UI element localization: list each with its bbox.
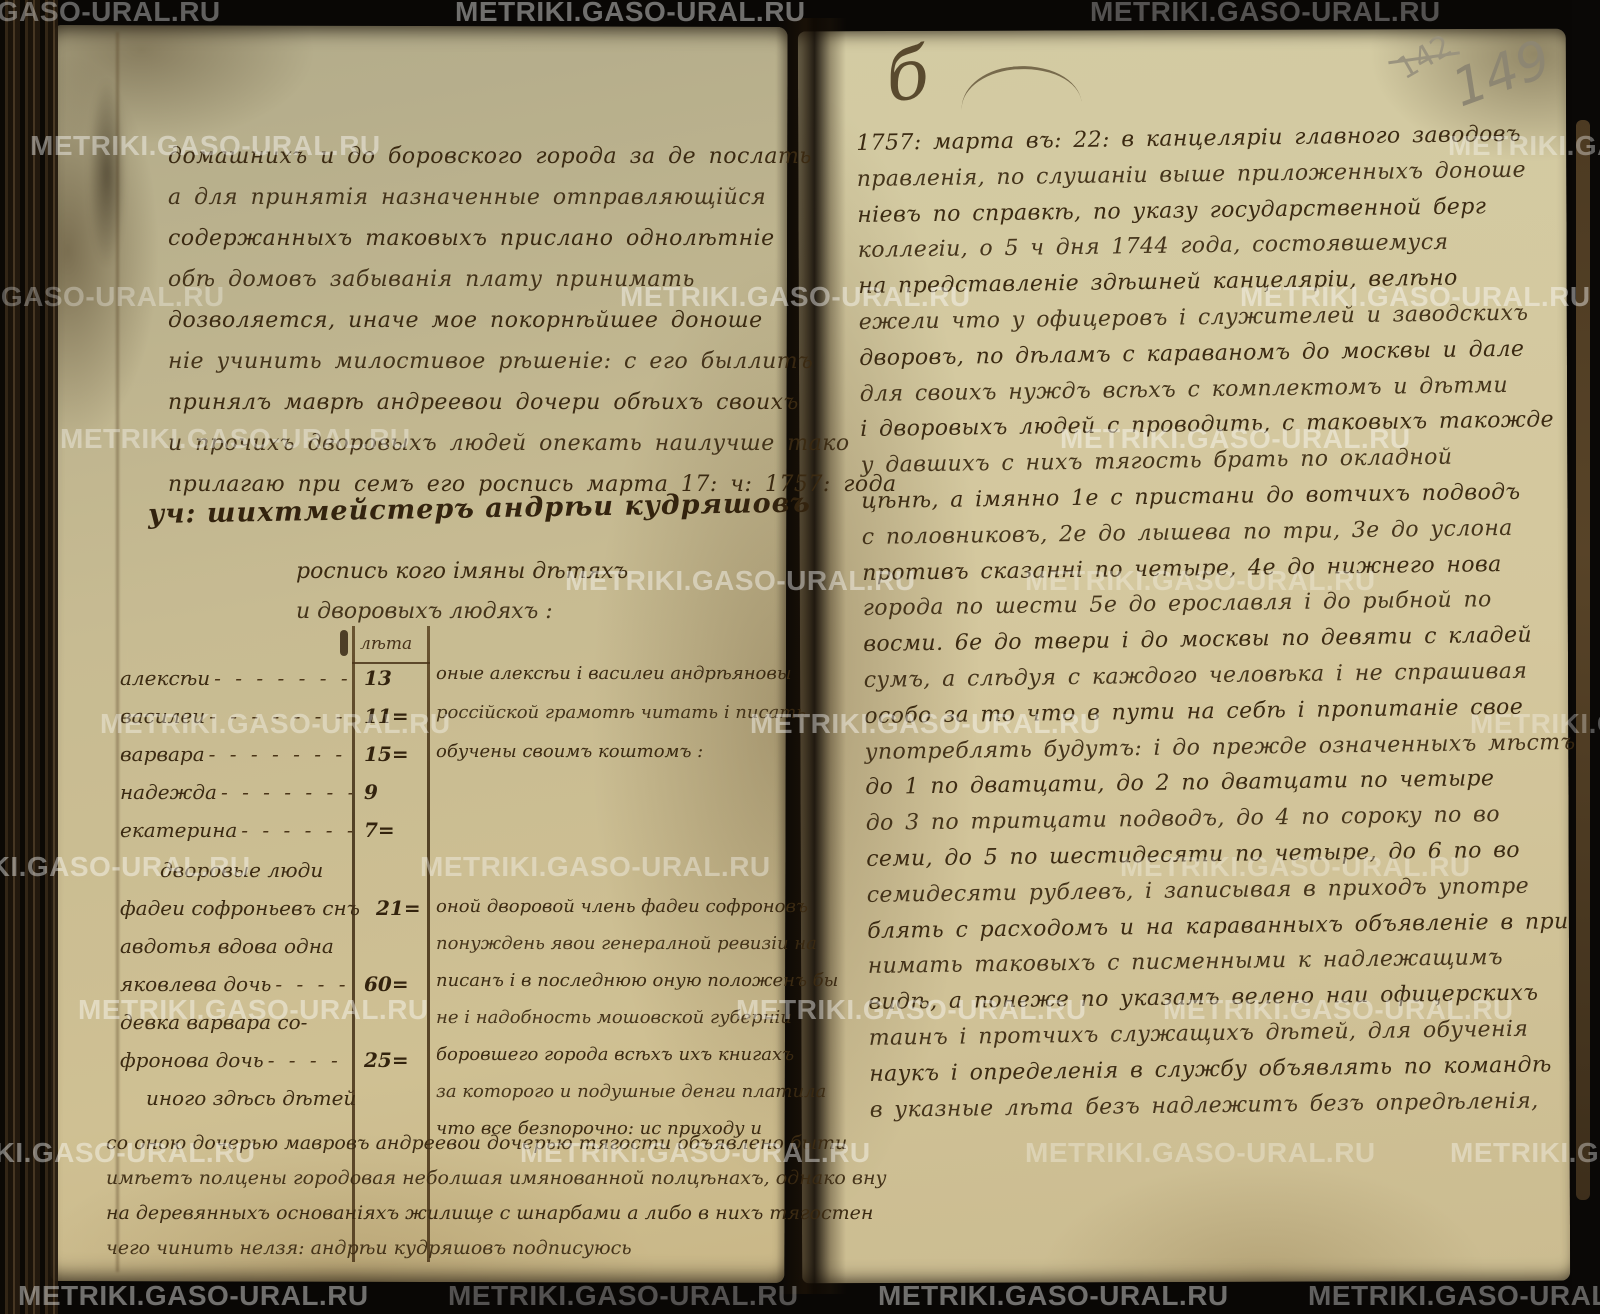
watermark-text: METRIKI.GASO-URAL.RU xyxy=(1308,1280,1600,1312)
roster-row: девка варвара со- xyxy=(120,1010,420,1048)
handwritten-line: не і надобность мошовской губерніи xyxy=(436,999,798,1036)
watermark-text: METRIKI.GASO-URAL.RU xyxy=(1090,0,1441,28)
handwritten-line: со оною дочерью мавровъ андреевои дочерь… xyxy=(106,1126,800,1161)
book-spine-edge xyxy=(0,0,58,1314)
roster-age-value: 60= xyxy=(356,972,420,996)
bottom-note: со оною дочерью мавровъ андреевои дочерь… xyxy=(106,1126,800,1266)
watermark-text: METRIKI.GASO-URAL.RU xyxy=(455,0,806,28)
handwritten-line: обѣ домовъ забыванія плату принимать xyxy=(168,259,784,300)
roster-dash-leader: - - - - - - - - - - xyxy=(221,780,352,804)
handwritten-line: и прочихъ дворовыхъ людей опекать наилуч… xyxy=(168,423,784,464)
handwritten-line: содержанныхъ таковыхъ прислано однолѣтні… xyxy=(168,218,784,259)
roster-row: надежда - - - - - - - - - - 9 xyxy=(120,780,420,818)
roster-dash-leader: - - - - xyxy=(268,1048,352,1072)
watermark-text: METRIKI.GASO-URAL.RU xyxy=(18,1280,369,1312)
roster-name: василеи xyxy=(120,704,205,728)
ink-blot xyxy=(340,630,348,656)
roster-age-value: 25= xyxy=(356,1048,420,1072)
watermark-text: METRIKI.GASO-URAL.RU xyxy=(878,1280,1229,1312)
years-column-header: лѣта xyxy=(360,634,412,654)
roster-row: иного здѣсь дѣтей xyxy=(146,1086,420,1124)
roster-name: дворовые люди xyxy=(160,858,323,882)
handwritten-line: на деревянныхъ основаніяхъ жилище с шнар… xyxy=(106,1196,800,1231)
table-rule-top xyxy=(352,662,430,664)
handwritten-line: ніе учинить милостивое рѣшеніе: с его бы… xyxy=(168,341,784,382)
roster-annotation-bottom: оной дворовой члень фадеи софроновъпонуж… xyxy=(436,888,798,1147)
handwritten-line: дозволяется, иначе мое покорнѣйшее донош… xyxy=(168,300,784,341)
roster-row: фадеи софроньевъ снъ - - 21= xyxy=(120,896,420,934)
roster-table: алексѣи - - - - - - - - - - 13 василеи -… xyxy=(120,666,420,1124)
roster-title: роспись кого імяны дѣтяхъи дворовыхъ люд… xyxy=(296,552,716,632)
handwritten-line: писанъ і в последнюю оную положенъ бы xyxy=(436,962,798,999)
roster-name: авдотья вдова одна xyxy=(120,934,334,958)
handwritten-line: россійской грамотѣ читать і писать xyxy=(436,693,788,732)
handwritten-line: и дворовыхъ людяхъ : xyxy=(296,592,716,632)
roster-dash-leader: - - - - xyxy=(275,972,352,996)
next-page-edge xyxy=(1576,120,1590,1200)
roster-row: варвара - - - - - - - - - - 15= xyxy=(120,742,420,780)
roster-row: яковлева дочь - - - - 60= xyxy=(120,972,420,1010)
roster-age-value: 11= xyxy=(356,704,420,728)
roster-age-value: 15= xyxy=(356,742,420,766)
roster-name: екатерина xyxy=(120,818,237,842)
right-page-text: 1757: марта въ: 22: в канцеляріи главног… xyxy=(856,116,1578,1128)
handwritten-line: принялъ маврѣ андреевои дочери обѣихъ св… xyxy=(168,382,784,423)
roster-name: надежда xyxy=(120,780,217,804)
manuscript-scan: домашнихъ и до боровского города за де п… xyxy=(0,0,1600,1314)
roster-row: дворовые люди xyxy=(160,858,420,896)
roster-row: василеи - - - - - - - - - - 11= xyxy=(120,704,420,742)
roster-name: фронова дочь xyxy=(120,1048,264,1072)
roster-dash-leader: - - - - - - - - - - xyxy=(214,666,352,690)
watermark-text: METRIKI.GASO-URAL.RU xyxy=(448,1280,799,1312)
handwritten-line: боровшего города всѣхъ ихъ книгахъ xyxy=(436,1036,798,1073)
handwritten-line: оной дворовой члень фадеи софроновъ xyxy=(436,888,798,925)
handwritten-line: имѣетъ полцены городовая неболшая имянов… xyxy=(106,1161,800,1196)
roster-age-value: 13 xyxy=(356,666,420,690)
roster-name: девка варвара со- xyxy=(120,1010,307,1034)
handwritten-line: оные алексѣи і василеи андрѣяновы xyxy=(436,654,788,693)
roster-name: фадеи софроньевъ снъ xyxy=(120,896,360,920)
roster-annotation-top: оные алексѣи і василеи андрѣяновыроссійс… xyxy=(436,654,788,771)
roster-dash-leader: - - - - - - - - xyxy=(241,818,352,842)
roster-age-value: 21= xyxy=(368,896,421,920)
left-paragraph: домашнихъ и до боровского города за де п… xyxy=(168,136,784,505)
roster-name: яковлева дочь xyxy=(120,972,271,996)
handwritten-line: понуждень явои генералной ревизіи на xyxy=(436,925,798,962)
roster-name: алексѣи xyxy=(120,666,210,690)
roster-row: алексѣи - - - - - - - - - - 13 xyxy=(120,666,420,704)
handwritten-line: чего чинить нелзя: андрѣи кудряшовъ подп… xyxy=(106,1231,800,1266)
roster-age-value: 9 xyxy=(356,780,420,804)
handwritten-line: а для принятія назначенные отправляющійс… xyxy=(168,177,784,218)
handwritten-line: роспись кого імяны дѣтяхъ xyxy=(296,552,716,592)
roster-row: авдотья вдова одна xyxy=(120,934,420,972)
roster-dash-leader: - - - - - - - - - - xyxy=(209,704,352,728)
roster-name: варвара xyxy=(120,742,205,766)
ink-smudge xyxy=(88,78,126,268)
roster-dash-leader: - - - - - - - - - - xyxy=(209,742,352,766)
roster-row: фронова дочь - - - - 25= xyxy=(120,1048,420,1086)
roster-row: екатерина - - - - - - - - 7= xyxy=(120,818,420,856)
handwritten-line: за которого и подушные денги платила xyxy=(436,1073,798,1110)
handwritten-line: обучены своимъ коштомъ : xyxy=(436,732,788,771)
roster-name: иного здѣсь дѣтей xyxy=(146,1086,356,1110)
handwritten-line: домашнихъ и до боровского города за де п… xyxy=(168,136,784,177)
roster-age-value: 7= xyxy=(356,818,420,842)
